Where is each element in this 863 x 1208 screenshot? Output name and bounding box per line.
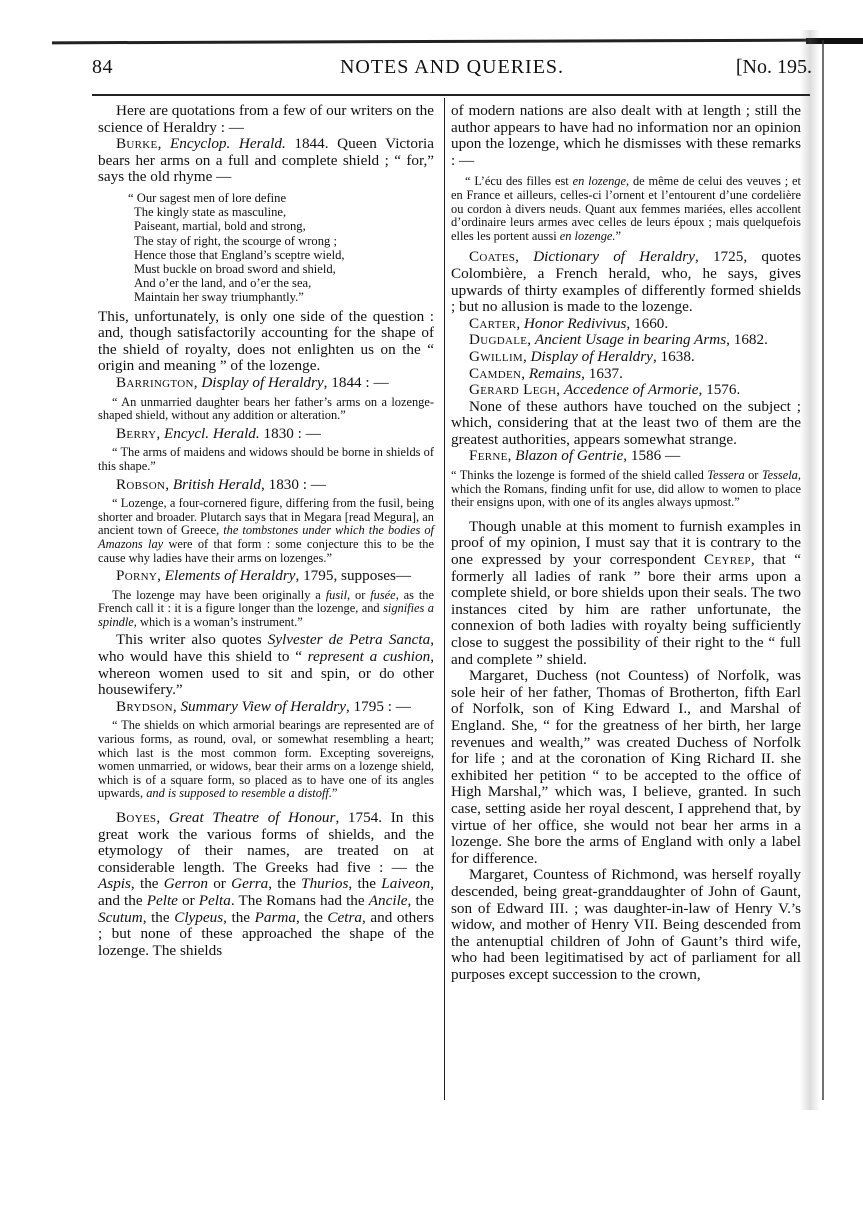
brydson-citation: Brydson, Summary View of Heraldry, 1795 … — [98, 699, 434, 716]
verse-line: And o’er the land, and o’er the sea, — [128, 276, 434, 290]
column-divider — [444, 98, 445, 1100]
french-quote: “ L’écu des filles est en lozenge, de mê… — [451, 175, 801, 243]
correspondent-name: Ceyrep — [704, 551, 751, 568]
work-title: Summary View of Heraldry — [180, 698, 346, 715]
year: , 1795 : — — [346, 698, 411, 715]
quote-text: ” — [616, 229, 622, 243]
year: , 1576. — [699, 381, 741, 398]
shield-name: Gerra — [231, 875, 268, 892]
author-name: Brydson — [116, 698, 173, 715]
shield-name: Parma — [255, 909, 296, 926]
author-name: Boyes — [116, 809, 156, 826]
author-name: Barrington — [116, 374, 194, 391]
author-name: Ferne — [469, 447, 508, 464]
work-title: Dictionary of Heraldry — [533, 248, 695, 265]
year: , 1725, — [695, 248, 747, 265]
quote-italic: fusée — [370, 588, 395, 602]
shield-name: Cetra — [327, 909, 362, 926]
robson-citation: Robson, British Herald, 1830 : — — [98, 477, 434, 494]
quote-italic: Tessera — [707, 468, 744, 482]
verse-line: Hence those that England’s sceptre wield… — [128, 248, 434, 262]
year: , 1754. — [335, 809, 382, 826]
margaret-richmond-paragraph: Margaret, Countess of Richmond, was hers… — [451, 867, 801, 983]
paragraph-text: This writer also quotes — [116, 631, 268, 648]
verse-line: Maintain her sway triumphantly.” — [128, 290, 434, 304]
quote-italic: en lozenge. — [560, 229, 616, 243]
shield-name: Scutum — [98, 909, 143, 926]
verse-line: Must buckle on broad sword and shield, — [128, 262, 434, 276]
work-title: British Herald — [173, 476, 261, 493]
shield-name: Laiveon — [381, 875, 430, 892]
barrington-citation: Barrington, Display of Heraldry, 1844 : … — [98, 375, 434, 392]
shield-name: Pelte — [147, 892, 178, 909]
page-binding-shadow — [800, 30, 820, 1110]
work-title: Accedence of Armorie — [564, 381, 699, 398]
verse-line: The kingly state as masculine, — [128, 205, 434, 219]
year: , 1830 : — — [261, 476, 326, 493]
porny-quote: The lozenge may have been originally a f… — [98, 589, 434, 630]
quote-text: or — [745, 468, 762, 482]
italic-quote: represent a cushion — [308, 648, 431, 665]
work-title: Encycl. Herald. — [164, 425, 260, 442]
work-title: Blazon of Gentrie — [515, 447, 623, 464]
shield-name: Gerron — [164, 875, 208, 892]
citation-camden: Camden, Remains, 1637. — [451, 366, 801, 383]
none-of-these-paragraph: None of these authors have touched on th… — [451, 399, 801, 449]
citation-gerard-legh: Gerard Legh, Accedence of Armorie, 1576. — [451, 382, 801, 399]
paragraph-text: . The Romans had the — [231, 892, 369, 909]
verse-line: “ Our sagest men of lore define — [128, 191, 434, 205]
author-name: Burke — [116, 135, 158, 152]
quote-text: ” — [332, 786, 338, 800]
paragraph-text: , the — [296, 909, 327, 926]
running-header: 84 NOTES AND QUERIES. [No. 195. — [92, 56, 812, 86]
shield-name: Aspis — [98, 875, 131, 892]
year: , 1682. — [726, 331, 768, 348]
quote-text: , or — [347, 588, 370, 602]
author-name: Gerard Legh — [469, 381, 556, 398]
citation-carter: Carter, Honor Redivivus, 1660. — [451, 316, 801, 333]
paragraph-text: , the — [348, 875, 381, 892]
year: 1830 : — — [260, 425, 321, 442]
year: , 1795, supposes— — [295, 567, 411, 584]
quote-italic: en lozenge — [573, 174, 626, 188]
paragraph-text: or — [178, 892, 199, 909]
berry-quote: “ The arms of maidens and widows should … — [98, 446, 434, 473]
barrington-quote: “ An unmarried daughter bears her father… — [98, 396, 434, 423]
author-name: Carter — [469, 315, 516, 332]
continuation-paragraph: of modern nations are also dealt with at… — [451, 103, 801, 169]
work-title: Great Theatre of Honour — [169, 809, 336, 826]
year: , 1586 — — [623, 447, 680, 464]
quote-text: , which is a woman’s instrument.” — [134, 615, 303, 629]
margaret-norfolk-paragraph: Margaret, Duchess (not Countess) of Norf… — [451, 668, 801, 867]
quote-text: “ L’écu des filles est — [465, 174, 573, 188]
issue-number: [No. 195. — [736, 56, 812, 79]
year: , 1660. — [626, 315, 668, 332]
quote-italic: fusil — [326, 588, 347, 602]
page-binding-edge — [822, 40, 824, 1100]
coates-paragraph: Coates, Dictionary of Heraldry, 1725, qu… — [451, 249, 801, 315]
year: , 1638. — [653, 348, 695, 365]
quote-italic: Tessela — [762, 468, 798, 482]
running-title: NOTES AND QUERIES. — [92, 56, 812, 79]
brydson-quote: “ The shields on which armorial bearings… — [98, 719, 434, 801]
author-name: Berry — [116, 425, 156, 442]
ferne-quote: “ Thinks the lozenge is formed of the sh… — [451, 469, 801, 510]
left-column: Here are quotations from a few of our wr… — [98, 103, 434, 959]
verse-quotation: “ Our sagest men of lore define The king… — [128, 191, 434, 305]
paragraph-text: , that “ formerly all ladies of rank ” b… — [451, 551, 801, 668]
shield-name: Ancile — [369, 892, 408, 909]
paragraph-text: , the — [131, 875, 164, 892]
right-column: of modern nations are also dealt with at… — [451, 103, 801, 983]
page-top-edge — [52, 39, 812, 45]
year: , 1844 : — — [324, 374, 389, 391]
comment-paragraph: This, unfortunately, is only one side of… — [98, 309, 434, 375]
shield-name: Thurios — [301, 875, 348, 892]
quote-text: The lozenge may have been originally a — [112, 588, 326, 602]
paragraph-text: , the — [223, 909, 254, 926]
work-title: Ancient Usage in bearing Arms — [535, 331, 726, 348]
work-title: Elements of Heraldry — [165, 567, 296, 584]
verse-line: Paiseant, martial, bold and strong, — [128, 219, 434, 233]
year: 1844. — [286, 135, 329, 152]
author-name: Camden — [469, 365, 521, 382]
paragraph-text: , the — [143, 909, 174, 926]
shield-name: Pelta — [199, 892, 231, 909]
italic-name: Sylvester de Petra Sancta — [268, 631, 430, 648]
work-title: Remains — [529, 365, 581, 382]
paragraph-text: , the — [268, 875, 301, 892]
burke-entry: Burke, Encyclop. Herald. 1844. Queen Vic… — [98, 136, 434, 186]
shield-name: Clypeus — [174, 909, 223, 926]
paragraph-text: , the — [408, 892, 434, 909]
porny-citation: Porny, Elements of Heraldry, 1795, suppo… — [98, 568, 434, 585]
work-title: Display of Heraldry — [201, 374, 323, 391]
intro-paragraph: Here are quotations from a few of our wr… — [98, 103, 434, 136]
work-title: Encyclop. Herald. — [170, 135, 286, 152]
author-name: Porny — [116, 567, 157, 584]
ferne-citation: Ferne, Blazon of Gentrie, 1586 — — [451, 448, 801, 465]
work-title: Display of Heraldry — [531, 348, 653, 365]
berry-citation: Berry, Encycl. Herald. 1830 : — — [98, 426, 434, 443]
quote-italic: and is supposed to resemble a distoff. — [146, 786, 332, 800]
author-name: Gwillim — [469, 348, 523, 365]
header-rule — [92, 94, 810, 96]
paragraph-text: or — [208, 875, 231, 892]
robson-quote: “ Lozenge, a four-cornered figure, diffe… — [98, 497, 434, 565]
verse-line: The stay of right, the scourge of wrong … — [128, 234, 434, 248]
year: , 1637. — [581, 365, 623, 382]
quote-text: “ Thinks the lozenge is formed of the sh… — [451, 468, 707, 482]
author-name: Robson — [116, 476, 165, 493]
citation-gwillim: Gwillim, Display of Heraldry, 1638. — [451, 349, 801, 366]
sylvester-paragraph: This writer also quotes Sylvester de Pet… — [98, 632, 434, 698]
author-name: Dugdale — [469, 331, 527, 348]
opinion-paragraph: Though unable at this moment to furnish … — [451, 519, 801, 668]
author-name: Coates — [469, 248, 515, 265]
work-title: Honor Redivivus — [524, 315, 627, 332]
boyes-paragraph: Boyes, Great Theatre of Honour, 1754. In… — [98, 810, 434, 959]
citation-dugdale: Dugdale, Ancient Usage in bearing Arms, … — [451, 332, 801, 349]
